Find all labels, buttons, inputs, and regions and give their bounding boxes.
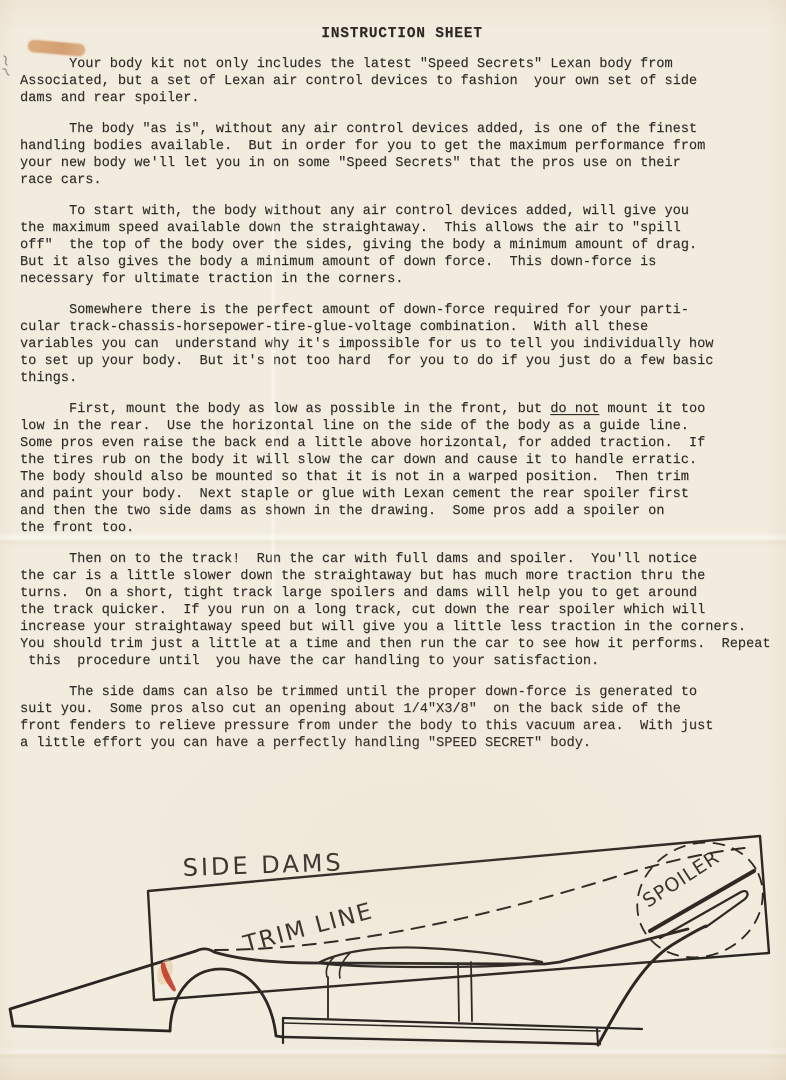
trim-line-label: TRIM LINE bbox=[240, 898, 376, 958]
paragraph-to-start-with: To start with, the body without any air … bbox=[20, 203, 784, 288]
car-body-diagram: SIDE DAMS TRIM LINE SPOILER bbox=[0, 812, 786, 1080]
paragraph-text: Somewhere there is the perfect amount of… bbox=[20, 303, 713, 386]
paragraph-text: Then on to the track! Run the car with f… bbox=[20, 552, 771, 669]
paragraph-text: The side dams can also be trimmed until … bbox=[20, 685, 713, 751]
paragraph-trimming: The side dams can also be trimmed until … bbox=[20, 684, 784, 752]
rear-body-post-1 bbox=[458, 963, 459, 1021]
typewritten-text-block: INSTRUCTION SHEET Your body kit not only… bbox=[20, 26, 784, 766]
spoiler-label: SPOILER bbox=[639, 846, 724, 912]
paragraph-text: Your body kit not only includes the late… bbox=[20, 57, 697, 106]
page-title: INSTRUCTION SHEET bbox=[20, 26, 784, 43]
margin-scribble-mark bbox=[1, 54, 13, 78]
car-top-profile bbox=[10, 929, 688, 1026]
car-nose-underside bbox=[13, 1026, 170, 1031]
paragraph-intro: Your body kit not only includes the late… bbox=[20, 56, 784, 107]
side-dams-label: SIDE DAMS bbox=[182, 848, 344, 882]
paragraph-text-post: mount it too low in the rear. Use the ho… bbox=[20, 402, 705, 536]
windshield-detail-1 bbox=[326, 957, 334, 977]
paragraph-text-pre: First, mount the body as low as possible… bbox=[20, 402, 550, 417]
rear-body-post-2 bbox=[471, 962, 472, 1021]
underlined-phrase: do not bbox=[550, 402, 599, 417]
paragraph-body-as-is: The body "as is", without any air contro… bbox=[20, 121, 784, 189]
side-pan-bottom-line bbox=[283, 1037, 600, 1044]
paragraph-text: The body "as is", without any air contro… bbox=[20, 122, 705, 188]
paragraph-down-force: Somewhere there is the perfect amount of… bbox=[20, 302, 784, 387]
paragraph-mounting: First, mount the body as low as possible… bbox=[20, 401, 784, 537]
paragraph-text: To start with, the body without any air … bbox=[20, 204, 697, 287]
instruction-sheet-page: { "document": { "title": "INSTRUCTION SH… bbox=[0, 0, 786, 1080]
front-wheel-arch bbox=[170, 969, 283, 1037]
paragraph-track-testing: Then on to the track! Run the car with f… bbox=[20, 551, 784, 670]
